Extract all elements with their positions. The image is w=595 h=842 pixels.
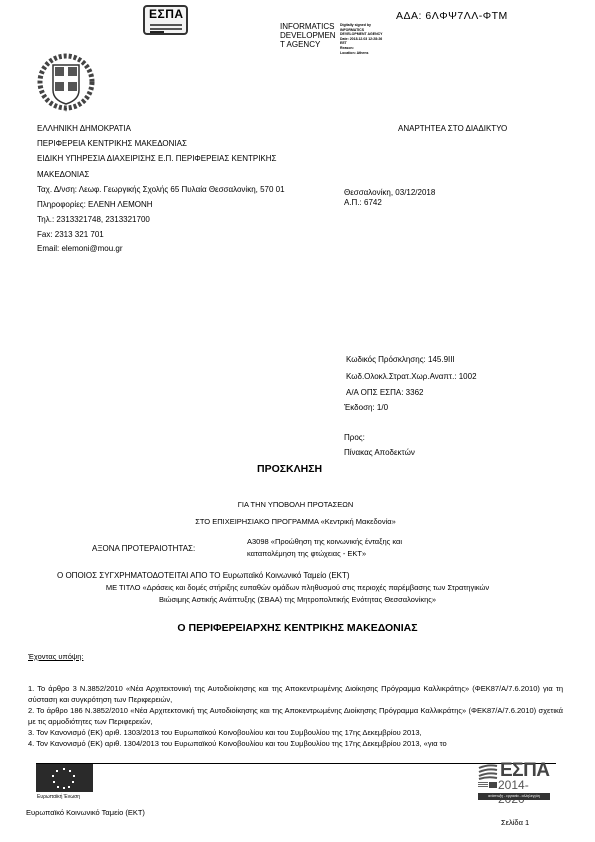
espa-waves-icon xyxy=(478,764,498,780)
strategy-code: Κωδ.Ολοκλ.Στρατ.Χωρ.Αναπτ.: 1002 xyxy=(346,372,477,381)
ada-number: ΑΔΑ: 6ΛΦΨ7ΛΛ-ΦΤΜ xyxy=(396,10,508,22)
greek-coat-of-arms-icon xyxy=(36,52,96,114)
espa-stamp-logo: ΕΣΠΑ xyxy=(143,5,188,35)
legal-basis-item-4: 4. Τον Κανονισμό (ΕΚ) αριθ. 1304/2013 το… xyxy=(28,738,563,749)
eu-flag-icon xyxy=(36,764,93,792)
document-title: ΠΡΟΣΚΛΗΣΗ xyxy=(257,463,322,475)
eu-mini-flag-icon xyxy=(489,782,497,788)
signature-agency: INFORMATICS DEVELOPMEN T AGENCY xyxy=(280,22,336,49)
subtitle-submission: ΓΙΑ ΤΗΝ ΥΠΟΒΟΛΗ ΠΡΟΤΑΣΕΩΝ xyxy=(0,500,593,509)
call-title-line1: ΜΕ ΤΙΤΛΟ «Δράσεις και δομές στήριξης ευπ… xyxy=(0,583,595,592)
ops-espa-number: Α/Α ΟΠΣ ΕΣΠΑ: 3362 xyxy=(346,388,423,397)
recipients: Πίνακας Αποδεκτών xyxy=(344,448,415,457)
considering-heading: Έχοντας υπόψη: xyxy=(28,652,83,661)
espa-2014-2020-logo: ΕΣΠΑ 2014-2020 ανάπτυξη - εργασία - αλλη… xyxy=(478,762,550,807)
fund-name: Ευρωπαϊκό Κοινωνικό Ταμείο (ΕΚΤ) xyxy=(26,808,145,817)
to-label: Προς: xyxy=(344,433,365,442)
publish-note: ΑΝΑΡΤΗΤΕΑ ΣΤΟ ΔΙΑΔΙΚΤΥΟ xyxy=(398,124,507,133)
eu-caption: Ευρωπαϊκή Ένωση xyxy=(37,794,80,800)
authority-heading: Ο ΠΕΡΙΦΕΡΕΙΑΡΧΗΣ ΚΕΝΤΡΙΚΗΣ ΜΑΚΕΔΟΝΙΑΣ xyxy=(0,622,595,634)
cofinanced-note: Ο ΟΠΟΙΟΣ ΣΥΓΧΡΗΜΑΤΟΔΟΤΕΙΤΑΙ ΑΠΟ ΤΟ Ευρωπ… xyxy=(57,571,350,580)
signature-details: Digitally signed by INFORMATICS DEVELOPM… xyxy=(340,23,382,55)
protocol-number: Α.Π.: 6742 xyxy=(344,198,382,207)
place-date: Θεσσαλονίκη, 03/12/2018 xyxy=(344,188,435,197)
page-number: Σελίδα 1 xyxy=(501,818,529,827)
axis-label: ΑΞΟΝΑ ΠΡΟΤΕΡΑΙΟΤΗΤΑΣ: xyxy=(92,544,195,553)
greek-flag-icon xyxy=(478,782,488,788)
call-title-line2: Βιώσιμης Αστικής Ανάπτυξης (ΣΒΑΑ) της Μη… xyxy=(0,595,595,604)
subtitle-programme: ΣΤΟ ΕΠΙΧΕΙΡΗΣΙΑΚΟ ΠΡΟΓΡΑΜΜΑ «Κεντρική Μα… xyxy=(0,517,593,526)
edition: Έκδοση: 1/0 xyxy=(344,403,388,412)
legal-basis-item-3: 3. Τον Κανονισμό (ΕΚ) αριθ. 1303/2013 το… xyxy=(28,727,563,738)
legal-basis-item-1: 1. Το άρθρο 3 Ν.3852/2010 «Νέα Αρχιτεκτο… xyxy=(28,683,563,705)
axis-value-line2: καταπολέμηση της φτώχειας - ΕΚΤ» xyxy=(247,549,366,558)
legal-basis-item-2: 2. Το άρθρο 186 Ν.3852/2010 «Νέα Αρχιτεκ… xyxy=(28,705,563,727)
call-code: Κωδικός Πρόσκλησης: 145.9ΙΙΙ xyxy=(346,355,455,364)
axis-value-line1: Α3098 «Προώθηση της κοινωνικής ένταξης κ… xyxy=(247,537,402,546)
